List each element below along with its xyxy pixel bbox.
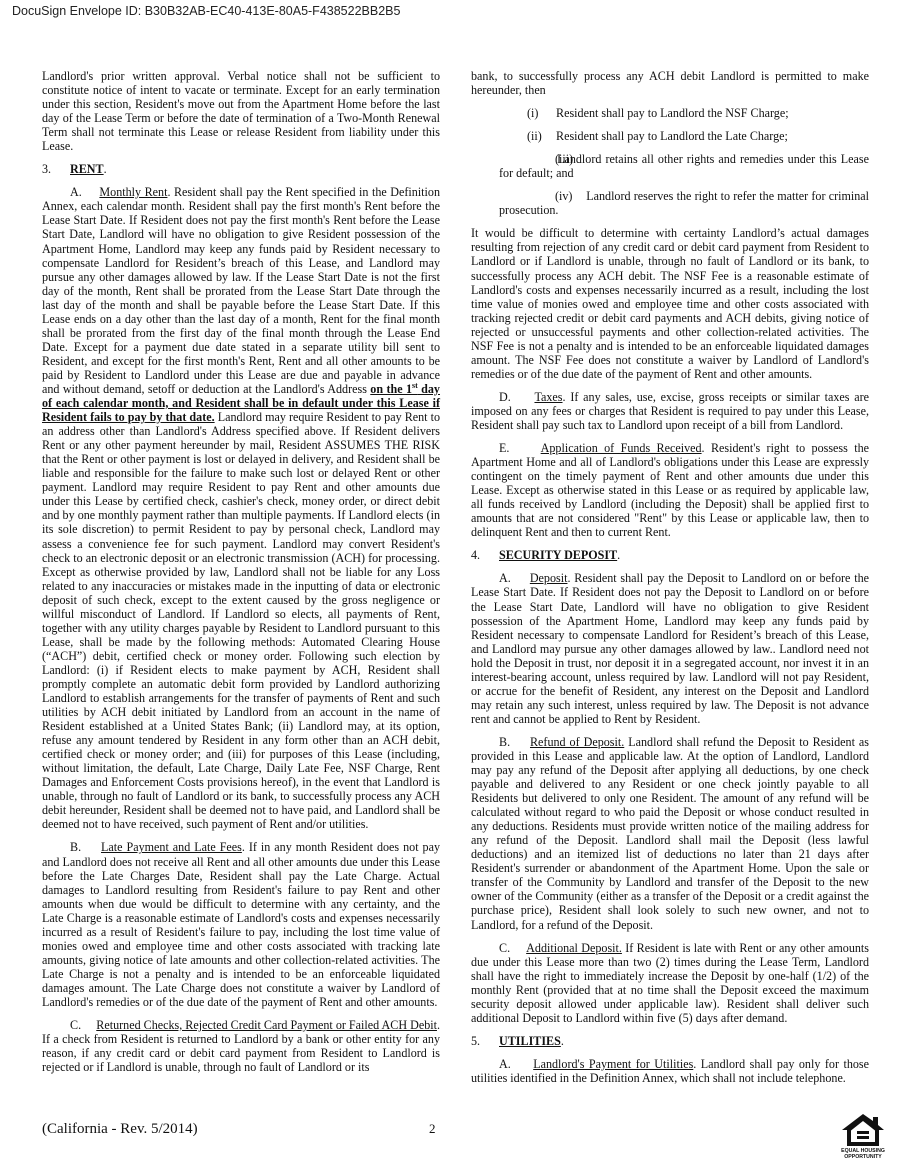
form-revision-label: (California - Rev. 5/2014) [42, 1121, 198, 1138]
clause-text: . Resident's right to possess the Apartm… [471, 441, 869, 539]
clause-title: Application of Funds Received [541, 441, 702, 455]
rent-b-paragraph: B. Late Payment and Late Fees. If in any… [42, 840, 440, 1009]
clause-title: Returned Checks, Rejected Credit Card Pa… [96, 1018, 437, 1032]
logo-text: OPPORTUNITY [844, 1154, 882, 1160]
deposit-a-paragraph: A. Deposit. Resident shall pay the Depos… [471, 571, 869, 726]
clause-letter: C. [499, 941, 510, 955]
clause-letter: C. [70, 1018, 81, 1032]
section-title: SECURITY DEPOSIT [499, 548, 617, 562]
clause-letter: A. [499, 571, 511, 585]
clause-text: Resident shall pay the Rent specified in… [42, 185, 440, 396]
clause-title: Landlord's Payment for Utilities [533, 1057, 693, 1071]
clause-text: Landlord shall refund the Deposit to Res… [471, 735, 869, 932]
clause-title: Late Payment and Late Fees [101, 840, 242, 854]
clause-text: . If any sales, use, excise, gross recei… [471, 390, 869, 432]
utilities-a-paragraph: A. Landlord's Payment for Utilities. Lan… [471, 1057, 869, 1085]
clause-title: Taxes [534, 390, 562, 404]
equal-housing-opportunity-icon: EQUAL HOUSING OPPORTUNITY [838, 1112, 888, 1160]
c-item-i: (i) Resident shall pay to Landlord the N… [471, 106, 869, 120]
section-title: RENT [70, 162, 104, 176]
clause-text: . If in any month Resident does not pay … [42, 840, 440, 1009]
bold-text: on the 1 [370, 382, 412, 396]
rent-e-paragraph: E. Application of Funds Received. Reside… [471, 441, 869, 539]
intro-paragraph: Landlord's prior written approval. Verba… [42, 69, 440, 153]
rent-d-paragraph: D. Taxes. If any sales, use, excise, gro… [471, 390, 869, 432]
item-number: (iv) [527, 189, 583, 203]
item-text: Resident shall pay to Landlord the NSF C… [556, 106, 789, 120]
clause-title: Additional Deposit. [526, 941, 622, 955]
item-number: (iii) [527, 152, 553, 166]
clause-letter: B. [70, 840, 81, 854]
item-text: Resident shall pay to Landlord the Late … [556, 129, 788, 143]
section-number: 5. [471, 1034, 499, 1048]
left-column: Landlord's prior written approval. Verba… [42, 69, 440, 1083]
page-number: 2 [429, 1121, 436, 1137]
rent-c-continued: bank, to successfully process any ACH de… [471, 69, 869, 97]
c-item-iv: (iv) Landlord reserves the right to refe… [471, 189, 869, 217]
clause-letter: E. [499, 441, 509, 455]
section-title: UTILITIES [499, 1034, 561, 1048]
section-number: 4. [471, 548, 499, 562]
docusign-envelope-id: DocuSign Envelope ID: B30B32AB-EC40-413E… [12, 4, 400, 18]
section-4-heading: 4.SECURITY DEPOSIT. [471, 548, 869, 562]
item-text: Landlord retains all other rights and re… [499, 152, 869, 180]
deposit-c-paragraph: C. Additional Deposit. If Resident is la… [471, 941, 869, 1025]
item-number: (i) [527, 106, 553, 120]
section-5-heading: 5.UTILITIES. [471, 1034, 869, 1048]
clause-title: Deposit [530, 571, 568, 585]
clause-letter: B. [499, 735, 510, 749]
section-3-heading: 3.RENT. [42, 162, 440, 176]
right-column: bank, to successfully process any ACH de… [471, 69, 869, 1094]
clause-text: . Resident shall pay the Deposit to Land… [471, 571, 869, 725]
clause-letter: A. [70, 185, 82, 199]
rent-c-paragraph: C. Returned Checks, Rejected Credit Card… [42, 1018, 440, 1074]
clause-letter: D. [499, 390, 511, 404]
deposit-b-paragraph: B. Refund of Deposit. Landlord shall ref… [471, 735, 869, 932]
section-number: 3. [42, 162, 70, 176]
nsf-paragraph: It would be difficult to determine with … [471, 226, 869, 381]
clause-text: Landlord may require Resident to pay Ren… [42, 410, 440, 831]
rent-a-paragraph: A. Monthly Rent. Resident shall pay the … [42, 185, 440, 831]
c-item-iii: (iii) Landlord retains all other rights … [471, 152, 869, 180]
clause-letter: A. [499, 1057, 511, 1071]
clause-title: Refund of Deposit. [530, 735, 624, 749]
item-number: (ii) [527, 129, 553, 143]
clause-title: Monthly Rent [99, 185, 167, 199]
c-item-ii: (ii) Resident shall pay to Landlord the … [471, 129, 869, 143]
